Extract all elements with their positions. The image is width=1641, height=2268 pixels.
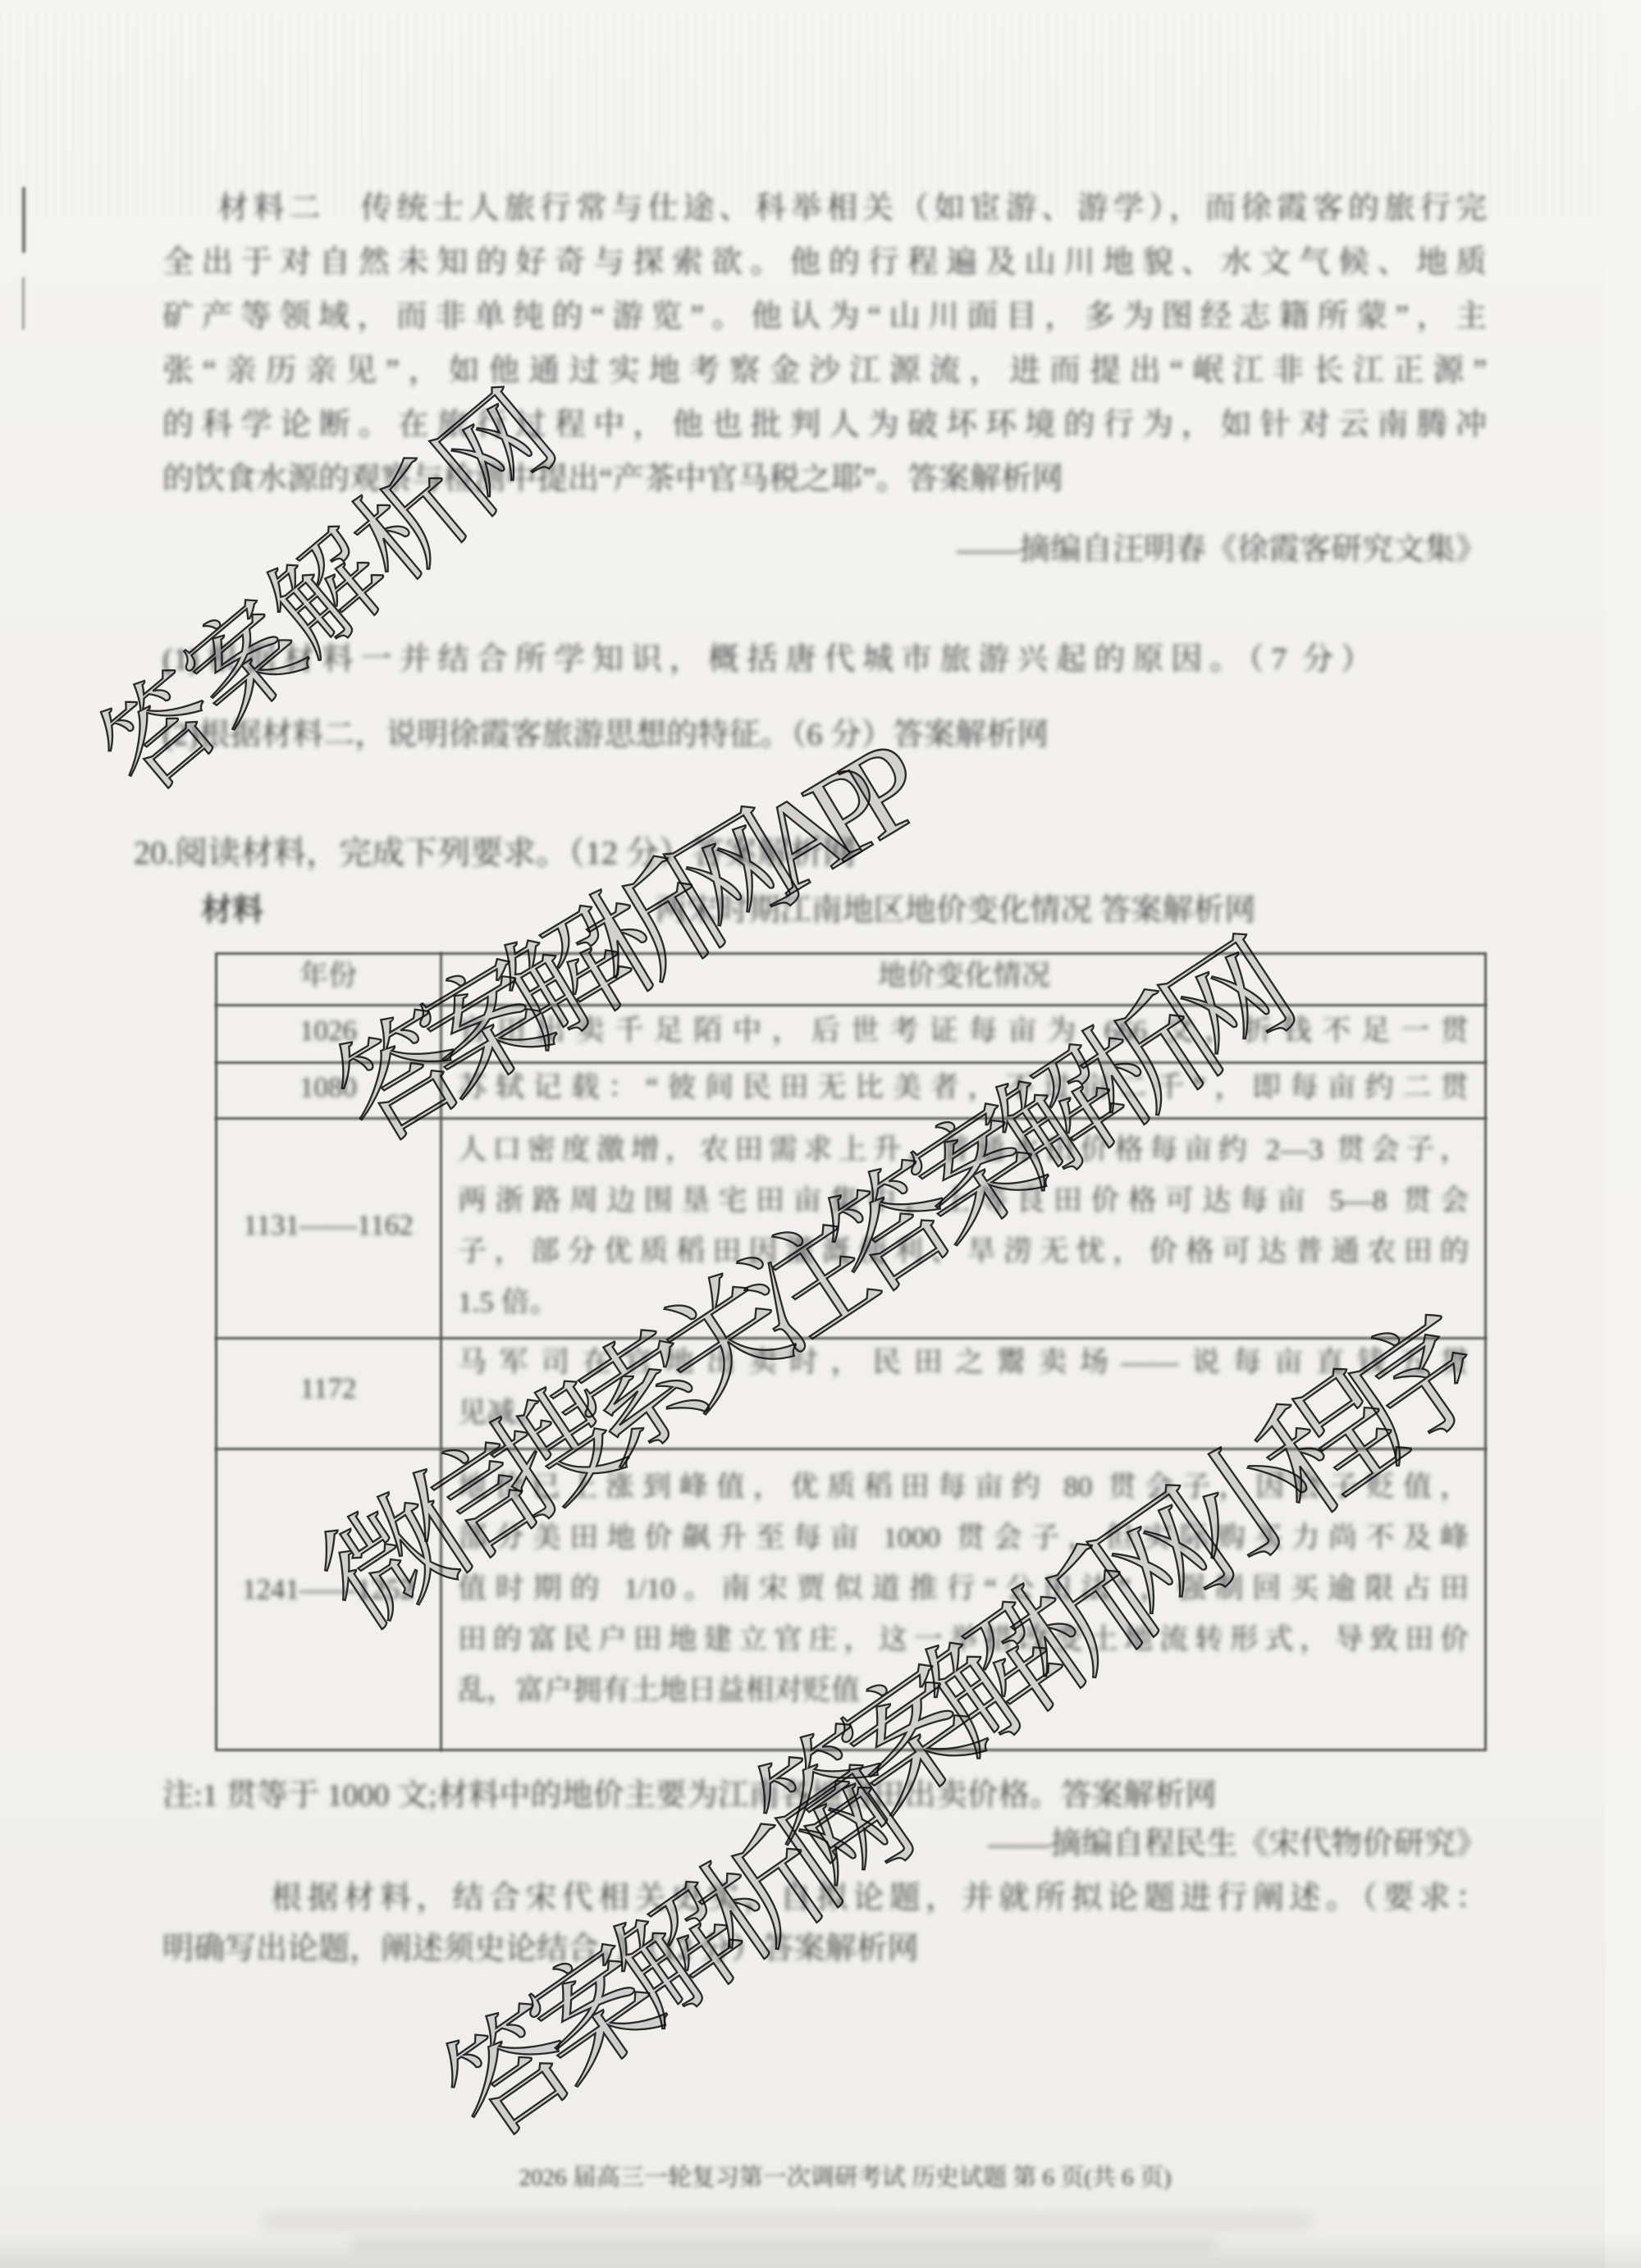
page-footer: 2026 届高三一轮复习第一次调研考试 历史试题 第 6 页(共 6 页) (435, 2164, 1255, 2193)
bleedthrough-ghost-line (353, 2238, 1214, 2251)
material2-line: 全出于对自然未知的好奇与探索欲。他的行程遍及山川地貌、水文气候、地质 (162, 244, 1487, 282)
table-cell-line: 苏轼记载：“彼间民田无比美者，不过亩二千”，即每亩约二贯 (458, 1070, 1469, 1105)
scanned-exam-page: 材料二 传统士人旅行常与仕途、科举相关（如宦游、游学），而徐霞客的旅行完 全出于… (0, 0, 1641, 2268)
table-cell-line: 乱，富户拥有土地日益相对贬值 (458, 1673, 860, 1708)
material-label: 材料 (201, 892, 263, 930)
material2-source: ——摘编自汪明春《徐霞客研究文集》 (738, 532, 1487, 569)
scan-streak-texture (0, 11, 1641, 217)
material2-line: 的饮食水源的观察与检测中提出“产茶中官马税之耶”。答案解析网 (162, 461, 1063, 499)
table-row-year: 1172 (222, 1371, 435, 1406)
bleedthrough-ghost-line (263, 2213, 1313, 2229)
scan-right-edge (1605, 0, 1641, 2268)
question19-sub2: (2)根据材料二，说明徐霞客旅游思想的特征。（6 分）答案解析网 (162, 717, 1049, 755)
material2-line: 的科学论断。在旅行过程中，他也批判人为破坏环境的行为，如针对云南腾冲 (162, 407, 1487, 445)
table-cell-line: 1.5 倍。 (458, 1285, 559, 1320)
table-row-year: 1131——1162 (222, 1208, 435, 1243)
table-note: 注:1 贯等于 1000 文;材料中的地价主要为江南各地官田出卖价格。答案解析网 (162, 1777, 1217, 1815)
scan-left-artifact-line-2 (22, 277, 25, 330)
material2-line: 材料二 传统士人旅行常与仕途、科举相关（如宦游、游学），而徐霞客的旅行完 (217, 190, 1487, 228)
table-cell-line: 值时期的 1/10。南宋贾似道推行“公田法”，强制回买逾限占田 (458, 1572, 1469, 1606)
material2-line: 矿产等领域，而非单纯的“游览”。他认为“山川面目，多为图经志籍所蒙”，主 (162, 299, 1487, 336)
material2-line: 张“亲历亲见”，如他通过实地考察金沙江源流，进而提出“岷江非长江正源” (162, 353, 1487, 390)
table-header-year: 年份 (222, 959, 435, 993)
scan-left-artifact-line (22, 187, 25, 253)
